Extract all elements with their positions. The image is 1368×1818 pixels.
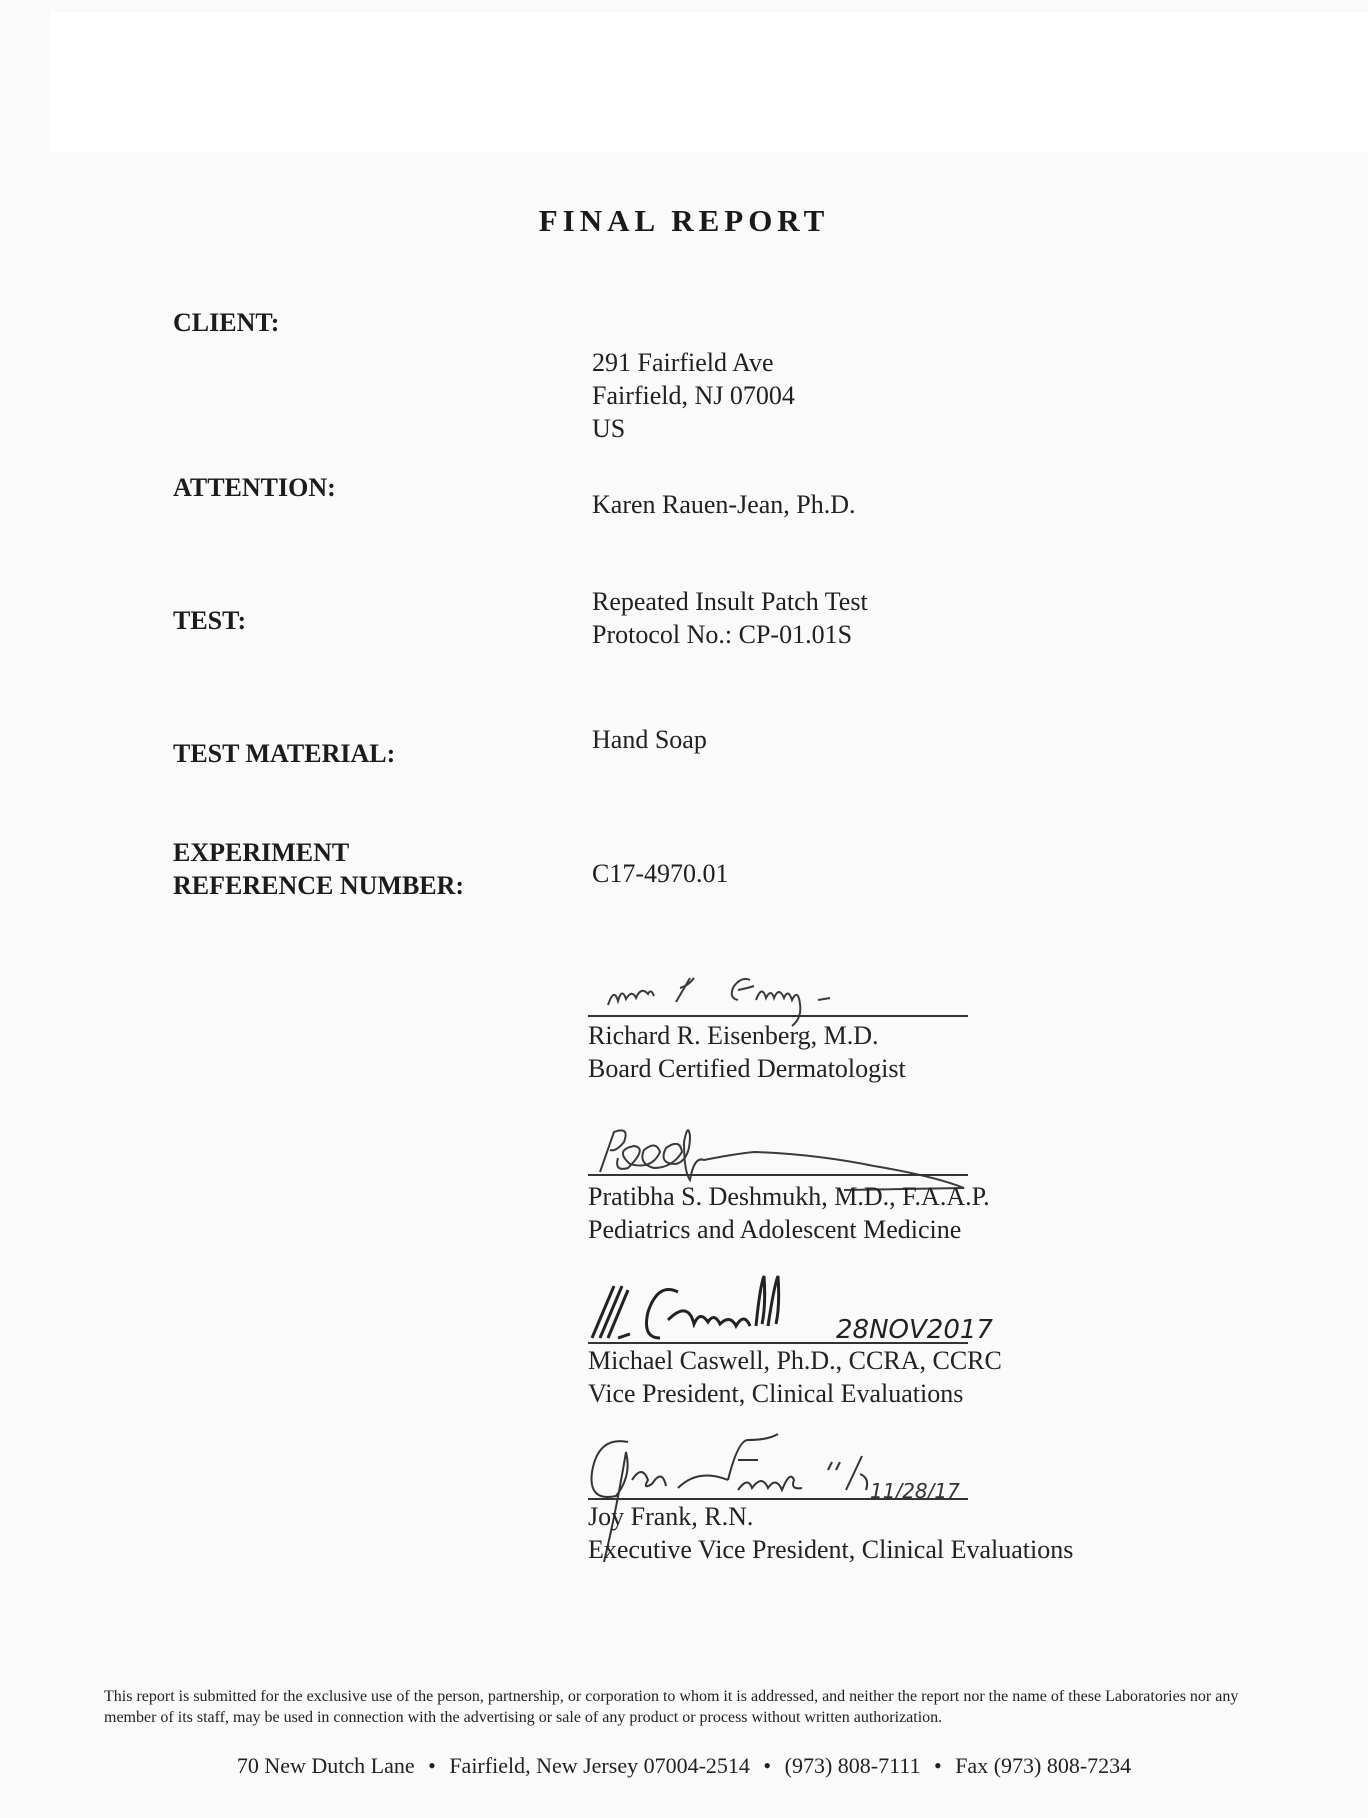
signatory-name: Michael Caswell, Ph.D., CCRA, CCRC xyxy=(588,1344,1002,1377)
signatory-title: Pediatrics and Adolescent Medicine xyxy=(588,1213,961,1246)
experiment-reference-number: C17-4970.01 xyxy=(592,857,729,890)
test-material-value: Hand Soap xyxy=(592,723,707,756)
page-title: FINAL REPORT xyxy=(0,203,1368,239)
experiment-label-line-2: REFERENCE NUMBER: xyxy=(173,869,464,903)
signature-line xyxy=(588,1015,968,1017)
experiment-label-line-1: EXPERIMENT xyxy=(173,836,349,870)
redacted-header-area xyxy=(50,12,1368,152)
footer-fax: Fax (973) 808-7234 xyxy=(955,1753,1131,1778)
signature-block-eisenberg: Richard R. Eisenberg, M.D. Board Certifi… xyxy=(588,960,1188,1090)
signatory-title: Board Certified Dermatologist xyxy=(588,1052,906,1085)
client-label: CLIENT: xyxy=(173,306,279,340)
footer-city: Fairfield, New Jersey 07004-2514 xyxy=(449,1753,750,1778)
separator-bullet: • xyxy=(763,1753,771,1778)
footer-address: 70 New Dutch Lane xyxy=(237,1753,415,1778)
client-address-line-3: US xyxy=(592,412,625,445)
svg-text:28NOV2017: 28NOV2017 xyxy=(836,1315,993,1345)
disclaimer-text: This report is submitted for the exclusi… xyxy=(104,1686,1284,1728)
handwritten-signature xyxy=(588,1110,1088,1190)
signatory-title: Vice President, Clinical Evaluations xyxy=(588,1377,963,1410)
attention-label: ATTENTION: xyxy=(173,471,336,505)
footer-contact: 70 New Dutch Lane • Fairfield, New Jerse… xyxy=(0,1753,1368,1779)
test-material-label: TEST MATERIAL: xyxy=(173,737,395,771)
signatory-title: Executive Vice President, Clinical Evalu… xyxy=(588,1533,1073,1566)
separator-bullet: • xyxy=(428,1753,436,1778)
signatory-name: Joy Frank, R.N. xyxy=(588,1500,753,1533)
test-label: TEST: xyxy=(173,604,246,638)
signature-block-frank: 11/28/17 Joy Frank, R.N. Executive Vice … xyxy=(588,1430,1188,1570)
signature-block-deshmukh: Pratibha S. Deshmukh, M.D., F.A.A.P. Ped… xyxy=(588,1110,1188,1250)
signature-block-caswell: 28NOV2017 Michael Caswell, Ph.D., CCRA, … xyxy=(588,1270,1188,1410)
attention-value: Karen Rauen-Jean, Ph.D. xyxy=(592,488,856,521)
test-name: Repeated Insult Patch Test xyxy=(592,585,868,618)
handwritten-signature xyxy=(588,960,988,1020)
signature-line xyxy=(588,1174,968,1176)
test-protocol: Protocol No.: CP-01.01S xyxy=(592,618,852,651)
signatory-name: Richard R. Eisenberg, M.D. xyxy=(588,1019,879,1052)
signatory-name: Pratibha S. Deshmukh, M.D., F.A.A.P. xyxy=(588,1180,990,1213)
separator-bullet: • xyxy=(934,1753,942,1778)
footer-phone: (973) 808-7111 xyxy=(785,1753,921,1778)
client-address-line-2: Fairfield, NJ 07004 xyxy=(592,379,795,412)
handwritten-signature: 28NOV2017 xyxy=(588,1270,1068,1345)
client-address-line-1: 291 Fairfield Ave xyxy=(592,346,773,379)
